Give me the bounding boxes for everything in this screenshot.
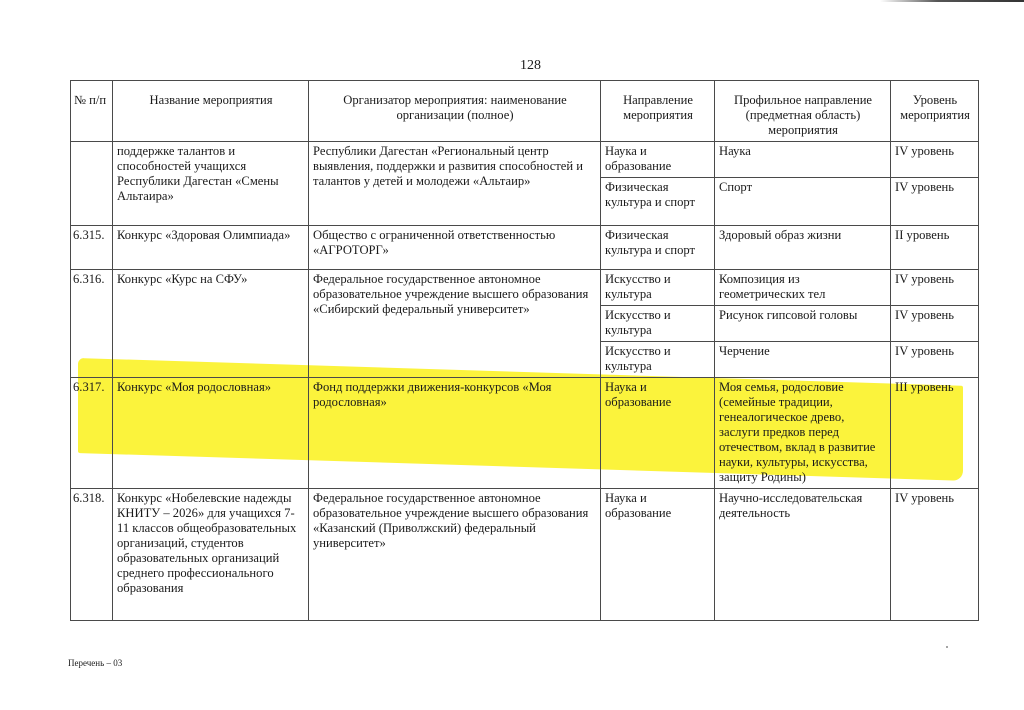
table-header-row: № п/п Название мероприятия Организатор м… [71,81,979,142]
cell-organizer: Республики Дагестан «Региональный центр … [309,142,601,226]
cell-level: III уровень [891,378,979,489]
cell-profile: Моя семья, родословие (семейные традиции… [715,378,891,489]
header-level: Уровень мероприятия [891,81,979,142]
cell-level: IV уровень [891,306,979,342]
cell-organizer: Федеральное государственное автономное о… [309,270,601,378]
header-direction: Направление мероприятия [601,81,715,142]
cell-profile: Черчение [715,342,891,378]
cell-num [71,142,113,226]
cell-direction: Наука и образование [601,378,715,489]
scan-speck [946,646,948,648]
cell-direction: Искусство и культура [601,342,715,378]
cell-num: 6.318. [71,489,113,621]
cell-organizer: Общество с ограниченной ответственностью… [309,226,601,270]
cell-direction: Наука и образование [601,489,715,621]
cell-name: Конкурс «Курс на СФУ» [113,270,309,378]
cell-level: IV уровень [891,342,979,378]
cell-num: 6.315. [71,226,113,270]
table-row: поддержке талантов и способностей учащих… [71,142,979,178]
table-row: 6.317.Конкурс «Моя родословная»Фонд подд… [71,378,979,489]
cell-name: Конкурс «Нобелевские надежды КНИТУ – 202… [113,489,309,621]
cell-profile: Наука [715,142,891,178]
cell-profile: Композиция из геометрических тел [715,270,891,306]
cell-direction: Наука и образование [601,142,715,178]
cell-profile: Здоровый образ жизни [715,226,891,270]
cell-organizer: Федеральное государственное автономное о… [309,489,601,621]
cell-name: Конкурс «Моя родословная» [113,378,309,489]
cell-level: IV уровень [891,270,979,306]
cell-level: IV уровень [891,178,979,226]
cell-organizer: Фонд поддержки движения-конкурсов «Моя р… [309,378,601,489]
cell-level: IV уровень [891,142,979,178]
events-table: № п/п Название мероприятия Организатор м… [70,80,979,621]
header-organizer: Организатор мероприятия: наименование ор… [309,81,601,142]
cell-direction: Физическая культура и спорт [601,178,715,226]
cell-name: Конкурс «Здоровая Олимпиада» [113,226,309,270]
cell-profile: Спорт [715,178,891,226]
cell-num: 6.317. [71,378,113,489]
table-row: 6.318.Конкурс «Нобелевские надежды КНИТУ… [71,489,979,621]
cell-level: IV уровень [891,489,979,621]
footer-note: Перечень – 03 [68,658,122,668]
cell-direction: Искусство и культура [601,270,715,306]
cell-name: поддержке талантов и способностей учащих… [113,142,309,226]
cell-direction: Искусство и культура [601,306,715,342]
table-row: 6.315.Конкурс «Здоровая Олимпиада»Общест… [71,226,979,270]
cell-profile: Рисунок гипсовой головы [715,306,891,342]
cell-level: II уровень [891,226,979,270]
cell-direction: Физическая культура и спорт [601,226,715,270]
table-row: 6.316.Конкурс «Курс на СФУ»Федеральное г… [71,270,979,306]
cell-profile: Научно-исследовательская деятельность [715,489,891,621]
scan-edge-shadow [880,0,1024,2]
cell-num: 6.316. [71,270,113,378]
page-number: 128 [520,58,541,74]
header-num: № п/п [71,81,113,142]
header-profile: Профильное направление (предметная облас… [715,81,891,142]
header-name: Название мероприятия [113,81,309,142]
